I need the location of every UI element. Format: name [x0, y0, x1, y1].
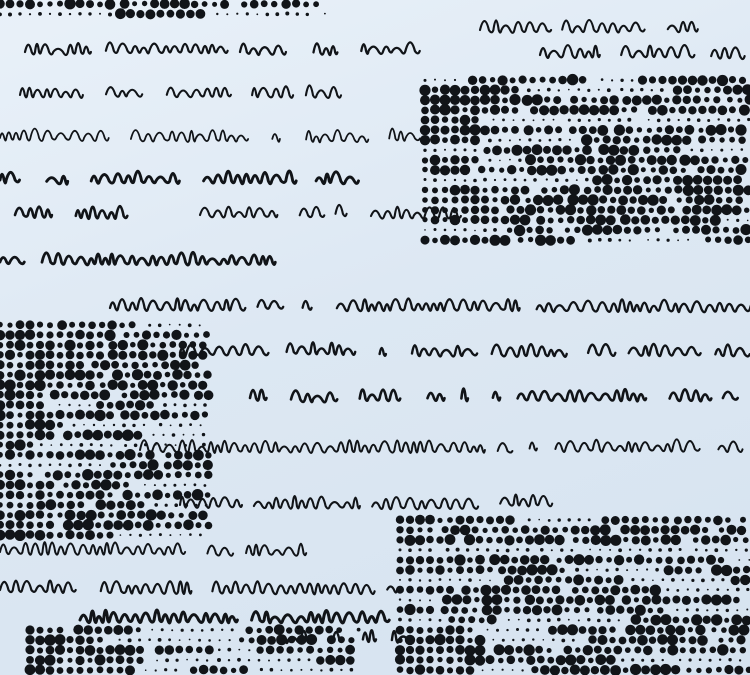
handwriting-line: [480, 20, 723, 33]
halftone-block-bottom-left: [25, 624, 361, 675]
handwriting-line: [240, 42, 420, 55]
handwriting-line: [0, 171, 359, 184]
halftone-block-bottom: [395, 515, 750, 675]
halftone-block-top: [0, 0, 326, 19]
halftone-block-right: [419, 74, 750, 246]
handwriting-line: [540, 45, 745, 59]
handwriting-line: [110, 298, 750, 312]
handwriting-line: [0, 129, 420, 143]
halftone-block-left: [0, 320, 213, 541]
handwriting-line: [0, 542, 306, 556]
handwriting-line: [180, 495, 552, 510]
handwriting-line: [0, 581, 397, 595]
handwriting-line: [180, 342, 750, 356]
handwriting-line: [25, 42, 228, 55]
handwriting-line: [80, 610, 400, 623]
handwriting-line: [140, 439, 743, 453]
handwriting-line: [200, 205, 461, 219]
handwriting-line: [0, 252, 275, 265]
handwriting-line: [20, 85, 341, 98]
fabric-pattern-photo: Close-up photo of a printed fabric/paper…: [0, 0, 750, 675]
pattern-artwork: [0, 0, 750, 675]
handwriting-line: [15, 206, 127, 219]
handwriting-line: [250, 389, 750, 403]
